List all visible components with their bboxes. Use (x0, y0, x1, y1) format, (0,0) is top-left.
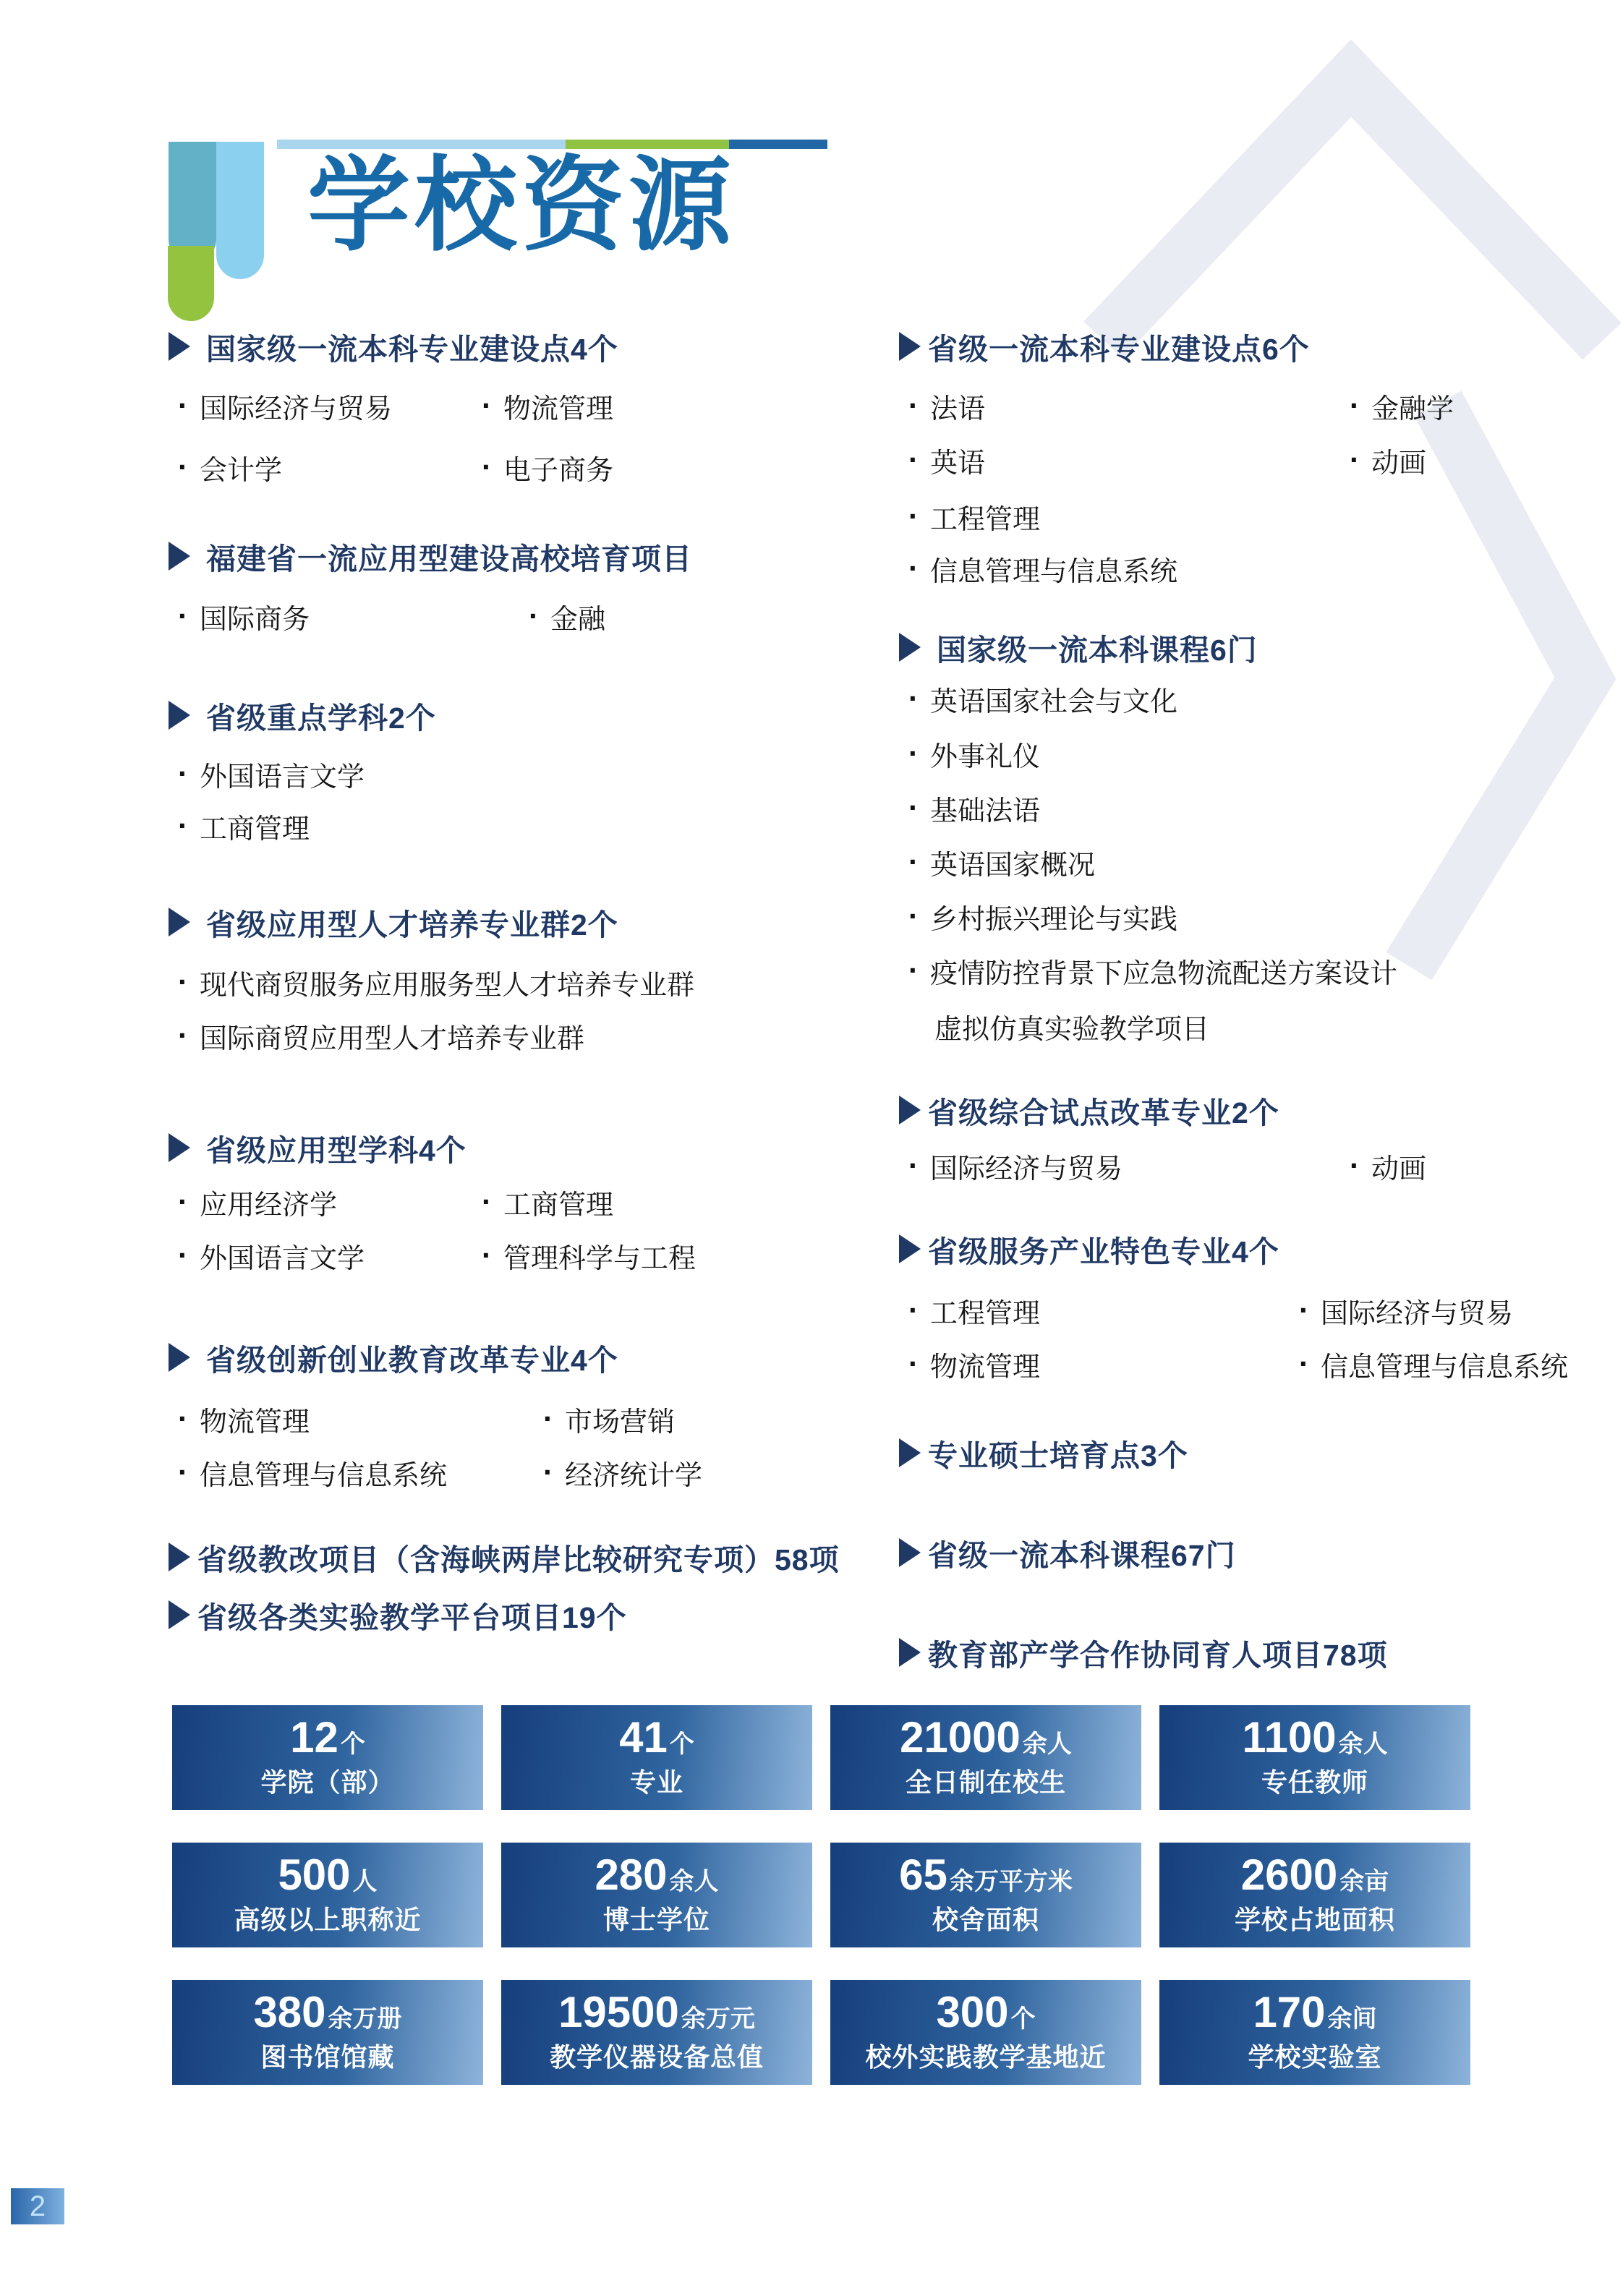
list-item: 物流管理 (482, 386, 613, 426)
bullet-row: 国际商贸应用型人才培养专业群 (178, 1017, 584, 1054)
bullet-row: 外国语言文学 管理科学与工程 (178, 1237, 696, 1274)
section-header-label: 省级应用型人才培养专业群2个 (206, 901, 618, 944)
section-header-label: 省级一流本科课程67门 (928, 1532, 1236, 1574)
list-item: 国际商贸应用型人才培养专业群 (178, 1016, 584, 1056)
stat-label: 校外实践教学基地近 (865, 2037, 1106, 2074)
section-arrow-icon (169, 1600, 190, 1629)
section-header-label: 专业硕士培育点3个 (928, 1432, 1188, 1475)
section-arrow-icon (169, 332, 190, 361)
bullet-row: 信息管理与信息系统 经济统计学 (178, 1454, 702, 1491)
bullet-row: 外国语言文学 (178, 755, 365, 793)
section-arrow-icon (899, 332, 921, 361)
bullet-row: 英语国家概况 (908, 843, 1095, 881)
list-item: 经济统计学 (543, 1453, 702, 1493)
stat-number: 12 (290, 1716, 338, 1759)
section-header-service-industry-majors: 省级服务产业特色专业4个 (899, 1229, 1279, 1268)
list-item: 金融学 (1350, 386, 1454, 426)
stat-label: 学校占地面积 (1235, 1900, 1395, 1937)
bullet-row: 基础法语 (908, 789, 1040, 827)
section-header-fujian-application-project: 福建省一流应用型建设高校培育项目 (169, 537, 692, 576)
bullet-row: 国际经济与贸易 物流管理 (178, 387, 613, 424)
stat-card-equipment-value: 19500余万元 教学仪器设备总值 (501, 1980, 812, 2085)
stat-card-doctorates: 280余人 博士学位 (501, 1843, 812, 1947)
section-header-experiment-platform-projects: 省级各类实验教学平台项目19个 (169, 1595, 627, 1634)
stat-label: 全日制在校生 (906, 1762, 1066, 1799)
stat-card-students: 21000余人 全日制在校生 (830, 1705, 1141, 1810)
list-item: 外事礼仪 (908, 734, 1040, 774)
stat-number: 41 (619, 1716, 668, 1759)
section-header-label: 省级服务产业特色专业4个 (928, 1228, 1279, 1271)
stat-card-building-area: 65余万平方米 校舍面积 (830, 1843, 1141, 1947)
bullet-row: 现代商贸服务应用服务型人才培养专业群 (178, 963, 694, 1001)
section-header-label: 国家级一流本科课程6门 (937, 626, 1258, 669)
list-item: 国际经济与贸易 (178, 386, 482, 426)
list-item: 会计学 (178, 448, 482, 487)
bullet-row: 英语 动画 (908, 441, 1426, 479)
list-item: 工商管理 (482, 1182, 613, 1222)
stat-label: 教学仪器设备总值 (550, 2037, 764, 2074)
bullet-row: 工商管理 (178, 807, 310, 845)
stat-label: 图书馆馆藏 (260, 2037, 394, 2074)
brochure-page: 学校资源 国家级一流本科专业建设点4个 国际经济与贸易 物流管理 会计学 电子商… (0, 0, 1623, 2296)
bullet-row: 英语国家社会与文化 (908, 680, 1177, 717)
bullet-row: 会计学 电子商务 (178, 448, 613, 486)
list-item: 乡村振兴理论与实践 (908, 897, 1177, 936)
bullet-row: 工程管理 (908, 498, 1040, 535)
section-arrow-icon (899, 1438, 921, 1467)
list-item: 工商管理 (178, 806, 310, 846)
stat-unit: 余间 (1328, 2007, 1377, 2031)
stat-number: 300 (936, 1991, 1008, 2034)
section-header-label: 省级创新创业教育改革专业4个 (206, 1336, 618, 1379)
list-item: 信息管理与信息系统 (1299, 1344, 1568, 1384)
stat-unit: 人 (353, 1869, 378, 1894)
list-item: 信息管理与信息系统 (908, 549, 1177, 589)
stat-label: 校舍面积 (932, 1900, 1039, 1937)
list-item: 动画 (1350, 440, 1426, 480)
list-item-continuation: 虚拟仿真实验教学项目 (934, 1007, 1209, 1046)
list-item: 电子商务 (482, 448, 613, 487)
list-item: 疫情防控背景下应急物流配送方案设计 (908, 951, 1397, 991)
stat-label: 专业 (630, 1762, 683, 1799)
list-item: 英语国家概况 (908, 842, 1095, 882)
section-header-label: 省级应用型学科4个 (206, 1127, 467, 1169)
stat-number: 1100 (1242, 1716, 1336, 1759)
title-rule-blue-segment (729, 140, 827, 149)
stats-grid: 12个 学院（部） 41个 专业 21000余人 全日制在校生 1100余人 专… (172, 1705, 1470, 2085)
section-header-master-cultivation-points: 专业硕士培育点3个 (899, 1433, 1188, 1472)
stat-unit: 余人 (670, 1869, 719, 1894)
section-header-applied-disciplines: 省级应用型学科4个 (169, 1128, 467, 1167)
stat-label: 博士学位 (603, 1900, 710, 1937)
stat-card-majors: 41个 专业 (501, 1705, 812, 1810)
list-item: 国际经济与贸易 (908, 1146, 1350, 1186)
section-header-label: 省级一流本科专业建设点6个 (928, 325, 1310, 368)
section-header-national-first-class-courses: 国家级一流本科课程6门 (899, 628, 1258, 667)
title-decor-green-bar (168, 246, 214, 321)
bullet-row: 国际商务 金融 (178, 597, 605, 635)
section-header-label: 教育部产学合作协同育人项目78项 (928, 1631, 1388, 1674)
bullet-row: 物流管理 信息管理与信息系统 (908, 1345, 1568, 1383)
section-header-label: 福建省一流应用型建设高校培育项目 (206, 535, 692, 578)
stat-label: 专任教师 (1261, 1762, 1368, 1799)
stat-unit: 个 (1011, 2007, 1036, 2031)
stat-card-library: 380余万册 图书馆馆藏 (172, 1980, 483, 2085)
stat-number: 19500 (558, 1991, 679, 2034)
title-decor-teal-bar (169, 142, 216, 263)
list-item: 国际经济与贸易 (1299, 1291, 1513, 1331)
stat-card-colleges: 12个 学院（部） (172, 1705, 483, 1810)
stat-number: 170 (1253, 1991, 1325, 2034)
stat-unit: 余万册 (328, 2007, 402, 2031)
section-header-provincial-first-class-courses: 省级一流本科课程67门 (899, 1533, 1236, 1572)
stat-label: 高级以上职称近 (234, 1900, 421, 1937)
stat-number: 280 (595, 1853, 667, 1897)
stat-unit: 余亩 (1339, 1869, 1389, 1894)
stat-number: 2600 (1241, 1853, 1337, 1897)
section-arrow-icon (169, 1343, 190, 1372)
stat-card-practice-bases: 300个 校外实践教学基地近 (830, 1980, 1141, 2085)
section-header-label: 省级重点学科2个 (206, 694, 436, 737)
stat-label: 学校实验室 (1248, 2037, 1381, 2074)
list-item: 金融 (529, 597, 605, 636)
list-item: 基础法语 (908, 788, 1040, 828)
section-arrow-icon (169, 1133, 190, 1162)
stat-number: 380 (253, 1991, 325, 2034)
section-header-label: 国家级一流本科专业建设点4个 (206, 325, 618, 368)
section-arrow-icon (169, 701, 190, 730)
list-item: 物流管理 (908, 1344, 1299, 1384)
section-header-innovation-education-majors: 省级创新创业教育改革专业4个 (169, 1338, 618, 1377)
page-title: 学校资源 (307, 145, 736, 268)
list-item: 市场营销 (543, 1399, 675, 1439)
stat-label: 学院（部） (260, 1762, 394, 1799)
list-item: 外国语言文学 (178, 754, 365, 794)
list-item: 现代商贸服务应用服务型人才培养专业群 (178, 963, 694, 1002)
stat-unit: 余万平方米 (950, 1869, 1073, 1894)
title-decor-lightblue-bar (216, 142, 264, 279)
section-arrow-icon (169, 1542, 190, 1571)
page-number-badge: 2 (11, 2188, 64, 2224)
stat-number: 500 (278, 1853, 350, 1897)
section-arrow-icon (899, 1234, 921, 1263)
stat-unit: 个 (341, 1732, 365, 1757)
bullet-row: 信息管理与信息系统 (908, 550, 1177, 587)
section-header-moe-collaboration-projects: 教育部产学合作协同育人项目78项 (899, 1633, 1388, 1672)
stat-unit: 余万元 (681, 2007, 755, 2031)
bullet-row: 外事礼仪 (908, 735, 1040, 772)
stat-number: 65 (899, 1853, 947, 1897)
section-arrow-icon (899, 1638, 921, 1667)
list-item: 法语 (908, 386, 1350, 426)
list-item: 英语 (908, 440, 1350, 480)
section-arrow-icon (899, 1538, 921, 1567)
section-header-teaching-reform-projects: 省级教改项目（含海峡两岸比较研究专项）58项 (169, 1537, 840, 1576)
list-item: 管理科学与工程 (482, 1236, 696, 1276)
section-header-provincial-first-class-majors: 省级一流本科专业建设点6个 (899, 327, 1310, 366)
list-item: 工程管理 (908, 497, 1040, 537)
list-item: 国际商务 (178, 597, 529, 636)
stat-card-campus-area: 2600余亩 学校占地面积 (1159, 1843, 1470, 1947)
section-arrow-icon (899, 1096, 921, 1124)
list-item: 英语国家社会与文化 (908, 679, 1177, 719)
bullet-row: 国际经济与贸易 动画 (908, 1147, 1426, 1185)
stat-unit: 个 (670, 1732, 694, 1757)
bullet-row: 应用经济学 工商管理 (178, 1183, 613, 1221)
stat-card-laboratories: 170余间 学校实验室 (1159, 1980, 1470, 2085)
bullet-row: 工程管理 国际经济与贸易 (908, 1292, 1513, 1329)
stat-number: 21000 (900, 1716, 1021, 1759)
section-header-provincial-key-disciplines: 省级重点学科2个 (169, 696, 436, 735)
section-arrow-icon (169, 542, 190, 571)
bullet-row: 物流管理 市场营销 (178, 1400, 675, 1438)
stat-unit: 余人 (1339, 1732, 1388, 1757)
list-item: 工程管理 (908, 1291, 1299, 1331)
section-header-label: 省级教改项目（含海峡两岸比较研究专项）58项 (197, 1536, 840, 1579)
list-item: 应用经济学 (178, 1182, 482, 1222)
section-header-label: 省级各类实验教学平台项目19个 (197, 1594, 627, 1636)
bullet-row: 法语 金融学 (908, 387, 1454, 424)
section-header-label: 省级综合试点改革专业2个 (928, 1089, 1279, 1132)
section-arrow-icon (169, 908, 190, 936)
list-item: 信息管理与信息系统 (178, 1453, 543, 1493)
bullet-row: 乡村振兴理论与实践 (908, 897, 1177, 935)
list-item: 物流管理 (178, 1399, 543, 1439)
section-header-talent-training-clusters: 省级应用型人才培养专业群2个 (169, 902, 618, 942)
section-header-comprehensive-pilot-reform-majors: 省级综合试点改革专业2个 (899, 1091, 1279, 1130)
section-arrow-icon (899, 633, 921, 662)
stat-card-senior-titles: 500人 高级以上职称近 (172, 1843, 483, 1947)
stat-card-teachers: 1100余人 专任教师 (1159, 1705, 1470, 1810)
list-item: 外国语言文学 (178, 1236, 482, 1276)
stat-unit: 余人 (1023, 1732, 1072, 1757)
list-item: 动画 (1350, 1146, 1426, 1186)
section-header-national-first-class-majors: 国家级一流本科专业建设点4个 (169, 327, 618, 366)
bullet-row: 疫情防控背景下应急物流配送方案设计 (908, 952, 1397, 989)
